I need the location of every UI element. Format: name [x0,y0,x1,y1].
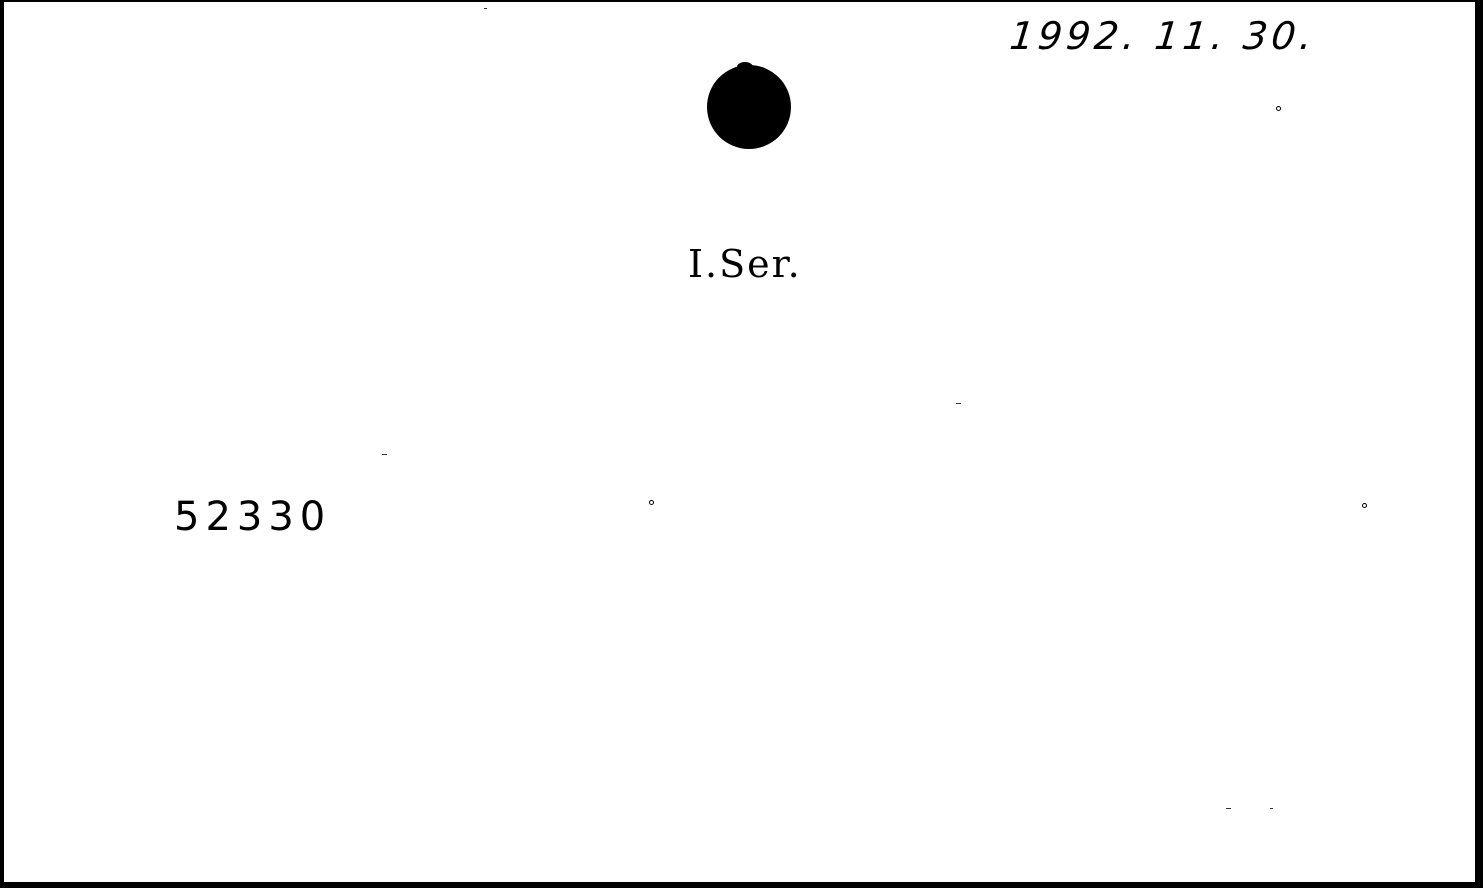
punch-hole-icon [707,65,791,149]
scan-mark [956,403,961,404]
series-label: I.Ser. [688,242,802,286]
scan-mark [1270,808,1273,809]
scan-mark [382,454,387,455]
catalog-number: 52330 [174,494,331,540]
scan-mark [1226,808,1231,809]
scan-speck [649,500,654,505]
scan-speck [1276,106,1281,111]
catalog-card: 1992. 11. 30. I.Ser. 52330 [4,2,1477,884]
handwritten-date: 1992. 11. 30. [1008,14,1318,58]
scan-mark [484,8,487,9]
scan-speck [1362,503,1367,508]
